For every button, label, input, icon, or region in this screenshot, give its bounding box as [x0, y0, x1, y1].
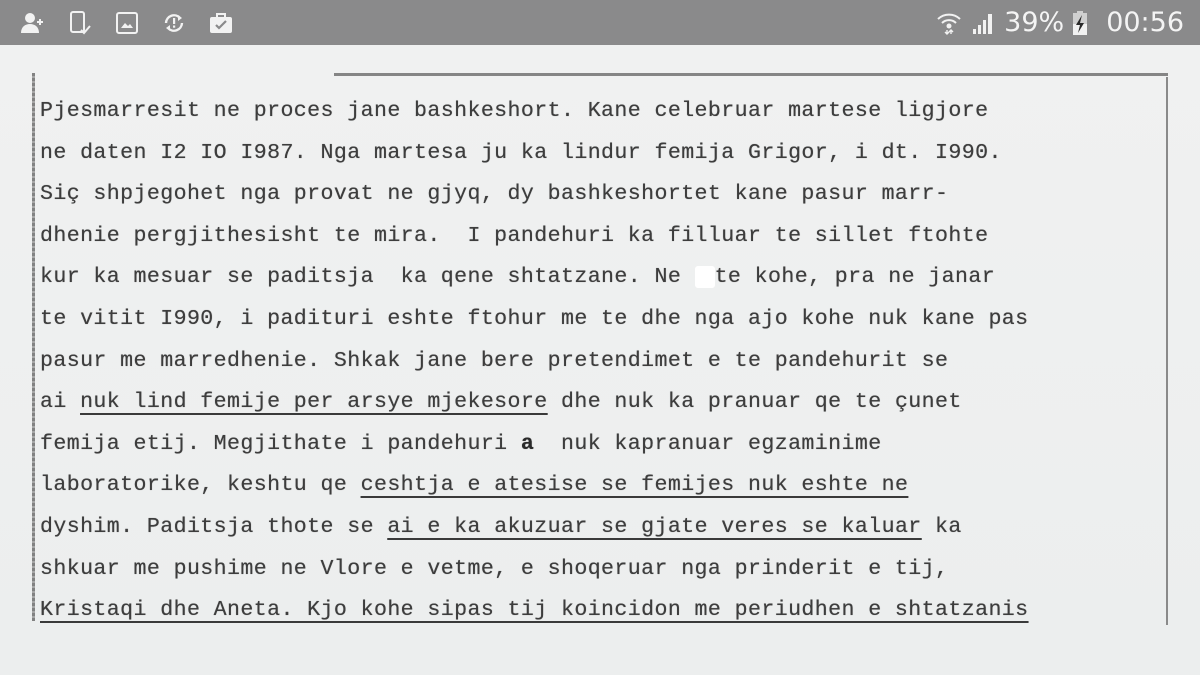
line-text: shkuar me pushime ne Vlore e vetme, e sh…: [40, 557, 948, 581]
underlined-text: ceshtja e atesise se femijes nuk eshte n…: [361, 473, 909, 497]
line-text: Pjesmarresit ne proces jane bashkeshort.…: [40, 99, 988, 123]
document-left-border: [32, 73, 35, 621]
system-status: 39% 00:56: [936, 0, 1184, 45]
scanned-document: Pjesmarresit ne proces jane bashkeshort.…: [32, 67, 1168, 627]
line-text: femija etij. Megjithate i pandehuri: [40, 432, 521, 456]
line-text: ne daten I2 IO I987. Nga martesa ju ka l…: [40, 141, 1002, 165]
document-line: ai nuk lind femije per arsye mjekesore d…: [40, 382, 1160, 424]
signal-icon: [970, 10, 996, 36]
document-line: te vitit I990, i padituri eshte ftohur m…: [40, 299, 1160, 341]
battery-charging-icon: [1072, 10, 1088, 36]
document-right-border: [1166, 77, 1168, 625]
line-text: pasur me marredhenie. Shkak jane bere pr…: [40, 349, 948, 373]
device-check-icon: [67, 10, 93, 36]
line-text: a: [521, 432, 534, 456]
status-bar: 39% 00:56: [0, 0, 1200, 45]
document-line: dyshim. Paditsja thote se ai e ka akuzua…: [40, 507, 1160, 549]
redaction-mark: [695, 266, 715, 288]
document-top-rule: [334, 73, 1168, 76]
underlined-text: ai e ka akuzuar se gjate veres se kaluar: [387, 515, 921, 539]
line-text: laboratorike, keshtu qe: [40, 473, 361, 497]
briefcase-check-icon: [208, 10, 234, 36]
line-text: kur ka mesuar se paditsja ka qene shtatz…: [40, 265, 695, 289]
battery-percent: 39%: [1004, 7, 1064, 38]
document-line: pasur me marredhenie. Shkak jane bere pr…: [40, 341, 1160, 383]
underlined-text: nuk lind femije per arsye mjekesore: [80, 390, 548, 414]
line-text: dhenie pergjithesisht te mira. I pandehu…: [40, 224, 988, 248]
document-line: kur ka mesuar se paditsja ka qene shtatz…: [40, 257, 1160, 299]
document-text: Pjesmarresit ne proces jane bashkeshort.…: [40, 91, 1160, 632]
line-text: dyshim. Paditsja thote se: [40, 515, 387, 539]
line-text: ai: [40, 390, 80, 414]
add-contact-icon: [20, 10, 46, 36]
document-line: ne daten I2 IO I987. Nga martesa ju ka l…: [40, 133, 1160, 175]
line-text: dhe nuk ka pranuar qe te çunet: [548, 390, 962, 414]
document-line: dhenie pergjithesisht te mira. I pandehu…: [40, 216, 1160, 258]
gallery-icon: [114, 10, 140, 36]
document-line: Siç shpjegohet nga provat ne gjyq, dy ba…: [40, 174, 1160, 216]
document-line: femija etij. Megjithate i pandehuri a nu…: [40, 424, 1160, 466]
document-line: Kristaqi dhe Aneta. Kjo kohe sipas tij k…: [40, 590, 1160, 632]
line-text: ka: [922, 515, 962, 539]
line-text: te kohe, pra ne janar: [715, 265, 996, 289]
document-viewer[interactable]: Pjesmarresit ne proces jane bashkeshort.…: [0, 45, 1200, 675]
sync-alert-icon: [161, 10, 187, 36]
line-text: nuk kapranuar egzaminime: [534, 432, 881, 456]
wifi-icon: [936, 10, 962, 36]
line-text: Siç shpjegohet nga provat ne gjyq, dy ba…: [40, 182, 948, 206]
underlined-text: Kristaqi dhe Aneta. Kjo kohe sipas tij k…: [40, 598, 1029, 622]
clock: 00:56: [1106, 7, 1184, 38]
line-text: te vitit I990, i padituri eshte ftohur m…: [40, 307, 1029, 331]
notification-icons: [20, 0, 234, 45]
document-line: shkuar me pushime ne Vlore e vetme, e sh…: [40, 549, 1160, 591]
document-line: laboratorike, keshtu qe ceshtja e atesis…: [40, 465, 1160, 507]
document-line: Pjesmarresit ne proces jane bashkeshort.…: [40, 91, 1160, 133]
